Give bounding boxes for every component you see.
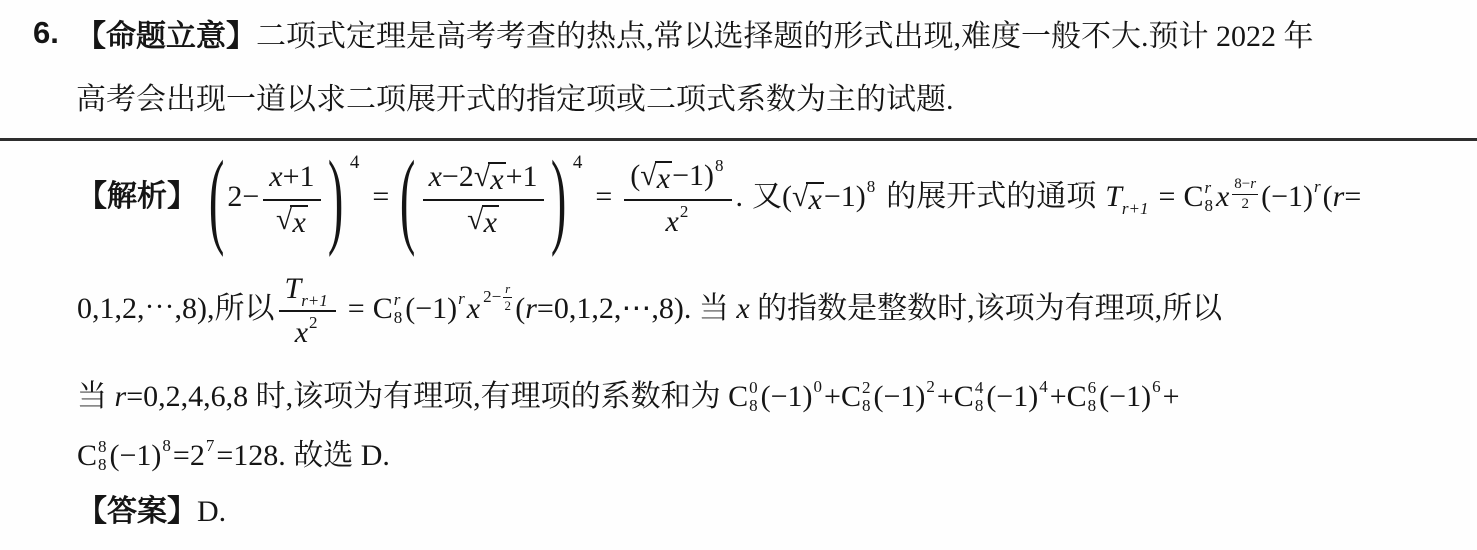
exponent-2: 2 bbox=[309, 313, 318, 333]
equals: = bbox=[1344, 180, 1361, 213]
fraction-xplus1-over-sqrtx: x+1√x bbox=[263, 160, 320, 238]
sqrt-x: √x bbox=[474, 162, 506, 196]
analysis-line-3: 当 r=0,2,4,6,8 时,该项为有理项,有理项的系数和为 C08(−1)0… bbox=[77, 365, 1477, 428]
subscript-r-plus-1: r+1 bbox=[301, 291, 328, 311]
numerator-r: r bbox=[503, 282, 512, 298]
C-scripts-r-8: r8 bbox=[394, 291, 403, 327]
sqrt-x: √x bbox=[467, 205, 499, 239]
exponent-0: 0 bbox=[814, 377, 823, 396]
exponent-r: r bbox=[458, 289, 465, 308]
exponent-6: 6 bbox=[1152, 377, 1161, 396]
intent-line-2: 高考会出现一道以求二项展开式的指定项或二项式系数为主的试题. bbox=[76, 68, 1477, 131]
superscript-2: 2 bbox=[862, 379, 871, 397]
subscript-8: 8 bbox=[749, 397, 758, 415]
superscript-r: r bbox=[1204, 179, 1211, 197]
fraction-xminus2sqrtx1-over-sqrtx: x−2√x+1√x bbox=[423, 160, 544, 239]
open-paren: ( bbox=[400, 151, 415, 248]
superscript-4: 4 bbox=[975, 379, 984, 397]
analysis-line-4: C88(−1)8=27=128. 故选 D. bbox=[77, 428, 1477, 484]
binom-C: C bbox=[1067, 380, 1087, 413]
exponent-8: 8 bbox=[162, 436, 171, 455]
exponent-4: 4 bbox=[1039, 377, 1048, 396]
superscript-r: r bbox=[394, 291, 401, 309]
C-scripts-6-8: 68 bbox=[1088, 379, 1097, 415]
answer-label: 【答案】 bbox=[77, 495, 197, 528]
open-paren: ( bbox=[1323, 180, 1333, 213]
var-r: r bbox=[1250, 176, 1256, 193]
line2-tail: 的指数是整数时,该项为有理项,所以 bbox=[750, 292, 1223, 325]
line4-result: =128. 故选 D. bbox=[216, 439, 390, 472]
subscript-8: 8 bbox=[862, 397, 871, 415]
plus: + bbox=[1163, 380, 1180, 413]
plus-one: +1 bbox=[506, 160, 538, 195]
var-x: x bbox=[736, 292, 749, 325]
binom-C: C bbox=[373, 292, 393, 325]
superscript-0: 0 bbox=[749, 379, 758, 397]
exponent-2: 2 bbox=[680, 202, 689, 222]
close-paren: ) bbox=[550, 151, 565, 248]
subscript-8: 8 bbox=[1088, 397, 1097, 415]
fraction-T-over-x2: Tr+1x2 bbox=[279, 272, 336, 351]
exam-solution-page: 6. 【命题立意】二项式定理是高考考查的热点,常以选择题的形式出现,难度一般不大… bbox=[0, 0, 1477, 550]
binom-C: C bbox=[77, 439, 97, 472]
eight-minus: 8− bbox=[1234, 176, 1250, 193]
neg-one-group: (−1) bbox=[405, 292, 457, 325]
exponent-7: 7 bbox=[206, 436, 215, 455]
plus-one: +1 bbox=[283, 160, 315, 195]
subscript-8: 8 bbox=[975, 397, 984, 415]
text-also: 又 bbox=[752, 180, 782, 213]
open-paren: ( bbox=[782, 180, 792, 213]
intent-label: 【命题立意】 bbox=[76, 20, 256, 53]
exponent-8-minus-r-over-2: 8−r2 bbox=[1232, 176, 1258, 212]
exponent-2: 2 bbox=[926, 377, 935, 396]
var-x: x bbox=[808, 183, 821, 216]
sqrt-x: √x bbox=[640, 161, 672, 195]
exponent-2-minus-r-half: 2−r2 bbox=[483, 282, 512, 314]
line2-mid: =0,1,2,⋯,8). 当 bbox=[537, 292, 736, 325]
exponent-8: 8 bbox=[867, 177, 876, 196]
binom-C: C bbox=[954, 380, 974, 413]
C-scripts-0-8: 08 bbox=[749, 379, 758, 415]
equals: = bbox=[372, 180, 389, 213]
binom-C: C bbox=[841, 380, 861, 413]
var-x: x bbox=[1216, 180, 1229, 213]
var-x: x bbox=[665, 205, 678, 240]
neg-one-group: (−1) bbox=[1099, 380, 1151, 413]
equals-two: =2 bbox=[173, 439, 205, 472]
var-x: x bbox=[269, 160, 282, 195]
subscript-8: 8 bbox=[1204, 197, 1213, 215]
analysis-line-2: 0,1,2,⋯,8),所以Tr+1x2=Cr8(−1)rx2−r2(r=0,1,… bbox=[77, 253, 1477, 365]
intent-line-1: 【命题立意】二项式定理是高考考查的热点,常以选择题的形式出现,难度一般不大.预计… bbox=[76, 5, 1477, 68]
term-two-minus: 2− bbox=[227, 180, 259, 213]
exponent-8: 8 bbox=[715, 156, 724, 176]
answer-value: D. bbox=[197, 495, 226, 528]
close-paren: ) bbox=[327, 151, 342, 248]
line3-mid: =0,2,4,6,8 时,该项为有理项,有理项的系数和为 bbox=[126, 380, 728, 413]
equals: = bbox=[348, 292, 365, 325]
answer-line: 【答案】D. bbox=[77, 484, 1477, 540]
subscript-8: 8 bbox=[98, 456, 107, 474]
exponent-4: 4 bbox=[573, 107, 583, 219]
two-minus: 2− bbox=[483, 288, 501, 307]
fraction-sqrtx-minus1-pow8-over-x2: (√x−1)8x2 bbox=[624, 159, 731, 239]
subscript-r-plus-1: r+1 bbox=[1122, 199, 1149, 218]
var-x: x bbox=[657, 162, 670, 195]
var-r: r bbox=[1333, 180, 1345, 213]
var-x: x bbox=[490, 163, 503, 196]
binom-C: C bbox=[728, 380, 748, 413]
C-scripts-2-8: 28 bbox=[862, 379, 871, 415]
analysis-label: 【解析】 bbox=[77, 180, 197, 213]
neg-one-group: (−1) bbox=[110, 439, 162, 472]
neg-one-group: (−1) bbox=[761, 380, 813, 413]
plus: + bbox=[1050, 380, 1067, 413]
line3-pre: 当 bbox=[77, 380, 115, 413]
neg-one-group: (−1) bbox=[1261, 180, 1313, 213]
line2-head: 0,1,2,⋯,8),所以 bbox=[77, 292, 275, 325]
exponent-r: r bbox=[1314, 177, 1321, 196]
minus-one-close: −1) bbox=[672, 159, 714, 194]
sqrt-x: √x bbox=[792, 182, 824, 216]
period: . bbox=[736, 180, 744, 213]
sqrt-x: √x bbox=[276, 205, 308, 239]
denominator-2: 2 bbox=[1241, 195, 1249, 213]
var-x: x bbox=[484, 206, 497, 239]
minus-two: −2 bbox=[442, 160, 474, 195]
equals: = bbox=[1159, 180, 1176, 213]
neg-one-group: (−1) bbox=[873, 380, 925, 413]
var-T: T bbox=[1105, 180, 1122, 213]
intent-section: 【命题立意】二项式定理是高考考查的热点,常以选择题的形式出现,难度一般不大.预计… bbox=[0, 0, 1477, 131]
plus: + bbox=[824, 380, 841, 413]
intent-text-1: 二项式定理是高考考查的热点,常以选择题的形式出现,难度一般不大.预计 2022 … bbox=[256, 20, 1314, 53]
var-x: x bbox=[295, 316, 308, 351]
var-x: x bbox=[429, 160, 442, 195]
var-r: r bbox=[525, 292, 537, 325]
question-number: 6. bbox=[33, 15, 59, 51]
analysis-section: 【解析】(2−x+1√x)4=(x−2√x+1√x)4=(√x−1)8x2.又(… bbox=[0, 141, 1477, 540]
superscript-8: 8 bbox=[98, 438, 107, 456]
C-scripts-8-8: 88 bbox=[98, 438, 107, 474]
equals: = bbox=[595, 180, 612, 213]
open-paren: ( bbox=[630, 159, 640, 194]
var-T: T bbox=[285, 272, 302, 307]
analysis-line-1: 【解析】(2−x+1√x)4=(x−2√x+1√x)4=(√x−1)8x2.又(… bbox=[77, 141, 1477, 253]
neg-one-group: (−1) bbox=[986, 380, 1038, 413]
open-paren: ( bbox=[209, 151, 224, 248]
plus: + bbox=[937, 380, 954, 413]
text-expansion-general-term: 的展开式的通项 bbox=[886, 180, 1096, 213]
exponent-4: 4 bbox=[350, 107, 360, 219]
superscript-6: 6 bbox=[1088, 379, 1097, 397]
C-scripts-4-8: 48 bbox=[975, 379, 984, 415]
var-x: x bbox=[292, 206, 305, 239]
C-scripts-r-8: r8 bbox=[1204, 179, 1213, 215]
intent-text-2: 高考会出现一道以求二项展开式的指定项或二项式系数为主的试题. bbox=[76, 83, 954, 116]
binom-C: C bbox=[1183, 180, 1203, 213]
minus-one-close: −1) bbox=[824, 180, 866, 213]
subscript-8: 8 bbox=[394, 309, 403, 327]
var-r: r bbox=[115, 380, 127, 413]
var-x: x bbox=[467, 292, 480, 325]
denominator-2: 2 bbox=[504, 298, 511, 313]
open-paren: ( bbox=[515, 292, 525, 325]
